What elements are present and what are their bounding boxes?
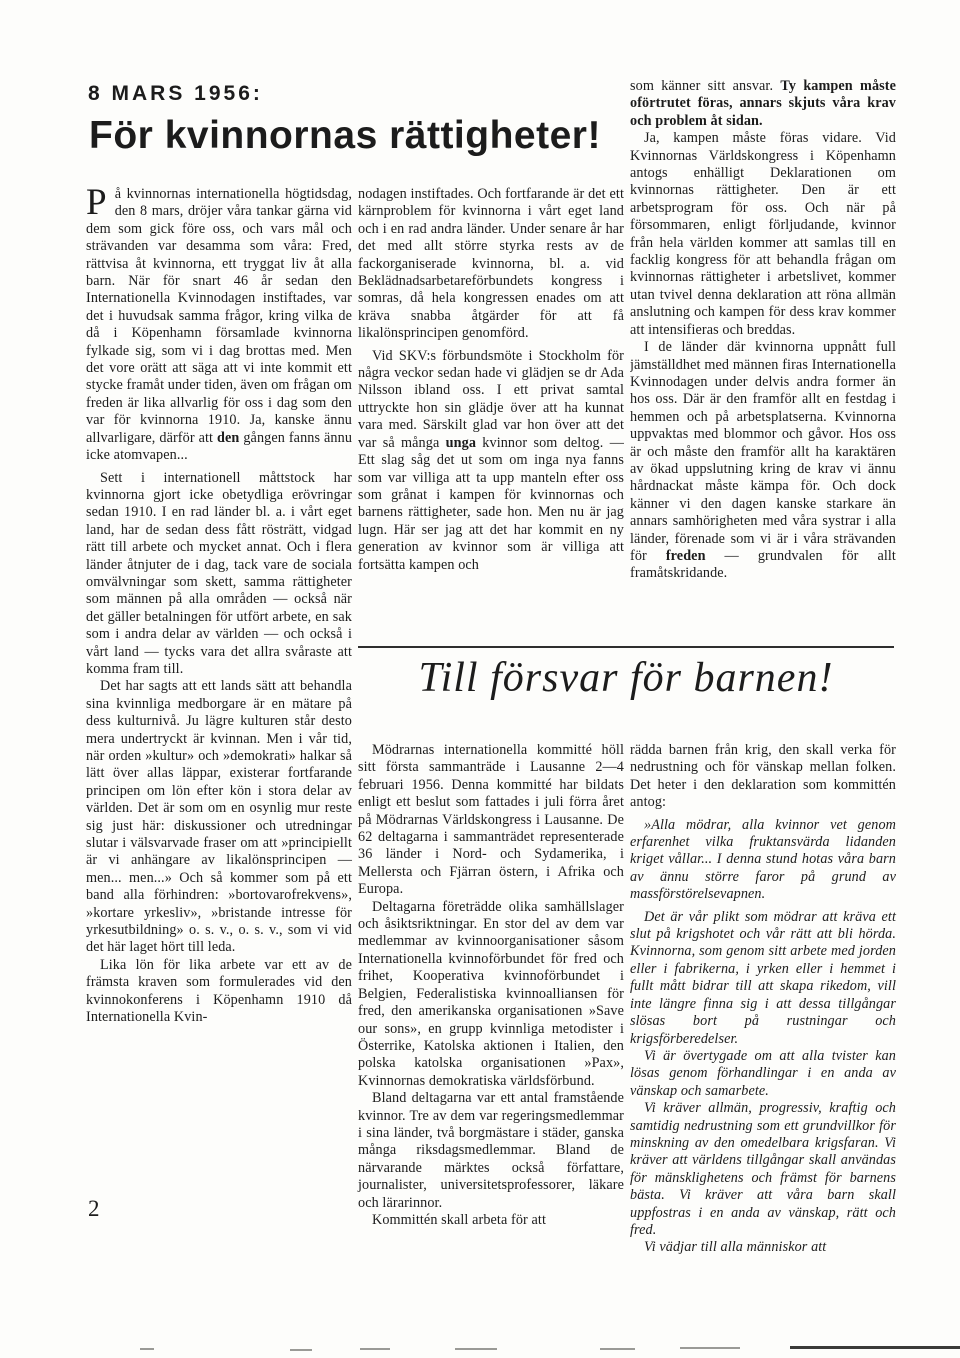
text-segment: Det har sagts att ett lands sätt att beh… (86, 678, 352, 955)
article-rights-column-1: På kvinnornas internationella högtidsdag… (86, 186, 352, 1027)
text-segment: »Alla mödrar, alla kvinnor vet genom erf… (630, 817, 896, 903)
text-segment: å kvinnornas internationella högtidsdag,… (86, 186, 352, 446)
newspaper-page: 8 MARS 1956: För kvinnornas rättigheter!… (0, 0, 960, 1358)
paragraph: som känner sitt ansvar. Ty kampen måste … (630, 78, 896, 130)
paragraph: Vid SKV:s förbundsmöte i Stockholm för n… (358, 348, 624, 574)
paragraph: rädda barnen från krig, den skall verka … (630, 742, 896, 812)
paragraph: På kvinnornas internationella högtidsdag… (86, 186, 352, 465)
paragraph: Bland deltagarna var ett antal framståen… (358, 1090, 624, 1212)
text-segment: Ja, kampen måste föras vidare. Vid Kvinn… (630, 130, 896, 337)
paragraph: Det har sagts att ett lands sätt att beh… (86, 678, 352, 957)
text-segment: som känner sitt ansvar. (630, 78, 780, 94)
text-segment: freden (666, 548, 706, 564)
article-children-column-2: rädda barnen från krig, den skall verka … (630, 742, 896, 1257)
scan-artifact (290, 1349, 312, 1351)
article-rights-title: För kvinnornas rättigheter! (80, 114, 610, 158)
article-rights-column-3: som känner sitt ansvar. Ty kampen måste … (630, 78, 896, 642)
paragraph: Vi vädjar till alla människor att (630, 1239, 896, 1256)
paragraph: Det är vår plikt som mödrar att kräva et… (630, 909, 896, 1048)
paragraph: nodagen instiftades. Och fortfarande är … (358, 186, 624, 343)
text-segment: kvinnor som deltog. — Ett slag såg det u… (358, 435, 624, 573)
text-segment: nodagen instiftades. Och fortfarande är … (358, 186, 624, 341)
paragraph: Lika lön för lika arbete var ett av de f… (86, 957, 352, 1027)
text-segment: Sett i internationell måttstock har kvin… (86, 470, 352, 677)
paragraph: Kommittén skall arbeta för att (358, 1212, 624, 1229)
drop-cap: P (86, 186, 115, 218)
paragraph: »Alla mödrar, alla kvinnor vet genom erf… (630, 817, 896, 904)
paragraph: Deltagarna företrädde olika samhällslage… (358, 899, 624, 1090)
paragraph: Ja, kampen måste föras vidare. Vid Kvinn… (630, 130, 896, 339)
article-children-column-1: Mödrarnas internationella kommitté höll … (358, 742, 624, 1229)
text-segment: Lika lön för lika arbete var ett av de f… (86, 957, 352, 1025)
text-segment: Det är vår plikt som mödrar att kräva et… (630, 909, 896, 1047)
paragraph: I de länder där kvinnorna uppnått full j… (630, 339, 896, 583)
paragraph: Vi är övertygade om att alla tvister kan… (630, 1048, 896, 1100)
scan-artifact (455, 1348, 497, 1350)
text-segment: Vi är övertygade om att alla tvister kan… (630, 1048, 896, 1099)
text-segment: Vi vädjar till alla människor att (644, 1239, 826, 1255)
text-segment: rädda barnen från krig, den skall verka … (630, 742, 896, 810)
text-segment: Vi kräver allmän, progressiv, kraftig oc… (630, 1100, 896, 1238)
scan-artifact (360, 1348, 390, 1350)
text-segment: I de länder där kvinnorna uppnått full j… (630, 339, 896, 564)
page-number: 2 (88, 1196, 100, 1222)
article-rights-column-2: nodagen instiftades. Och fortfarande är … (358, 186, 624, 642)
scan-artifact (790, 1346, 960, 1349)
text-segment: Bland deltagarna var ett antal framståen… (358, 1090, 624, 1210)
masthead-date: 8 MARS 1956: (88, 82, 263, 106)
text-segment: den (217, 430, 239, 446)
paragraph: Sett i internationell måttstock har kvin… (86, 470, 352, 679)
text-segment: Mödrarnas internationella kommitté höll … (358, 742, 624, 897)
text-segment: Kommittén skall arbeta för att (372, 1212, 546, 1228)
scan-artifact (600, 1348, 635, 1350)
scan-artifact (140, 1348, 154, 1350)
text-segment: unga (446, 435, 476, 451)
paragraph: Mödrarnas internationella kommitté höll … (358, 742, 624, 899)
paragraph: Vi kräver allmän, progressiv, kraftig oc… (630, 1100, 896, 1239)
section-divider-rule (358, 646, 894, 648)
scan-artifact (680, 1347, 740, 1349)
article-children-title: Till försvar för barnen! (358, 654, 894, 702)
text-segment: Deltagarna företrädde olika samhällslage… (358, 899, 624, 1089)
